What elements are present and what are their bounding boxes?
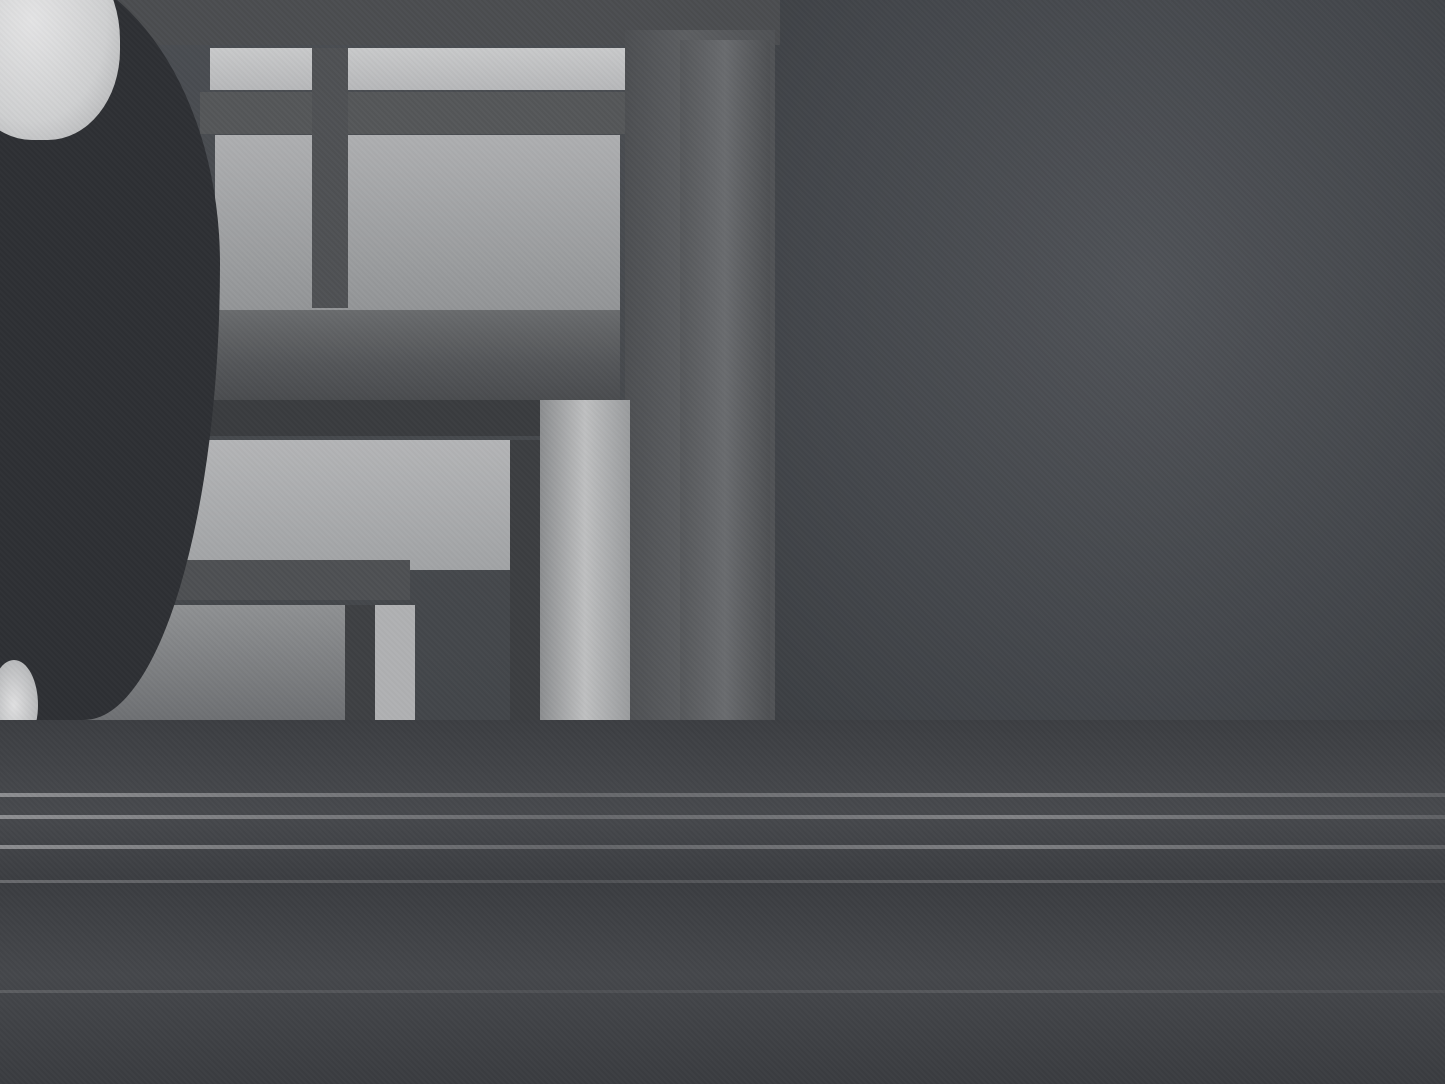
window-mullion <box>312 48 348 308</box>
floor-streak <box>0 990 1445 993</box>
floor-streak <box>0 793 1445 797</box>
bottom-panel-highlight <box>375 605 415 735</box>
upper-window-pane <box>210 48 680 90</box>
photograph <box>0 0 1445 1084</box>
floor-streak <box>0 880 1445 883</box>
window-pane <box>215 135 620 335</box>
wooden-floor <box>0 720 1445 1084</box>
floor-streak <box>0 845 1445 849</box>
carved-pilaster <box>540 400 630 720</box>
bottom-panel-edge <box>345 605 375 735</box>
window-crossbar <box>200 92 670 134</box>
door-post <box>680 40 770 720</box>
floor-streak <box>0 815 1445 819</box>
lower-panel-edge <box>510 440 540 730</box>
dark-wall <box>770 0 1445 720</box>
